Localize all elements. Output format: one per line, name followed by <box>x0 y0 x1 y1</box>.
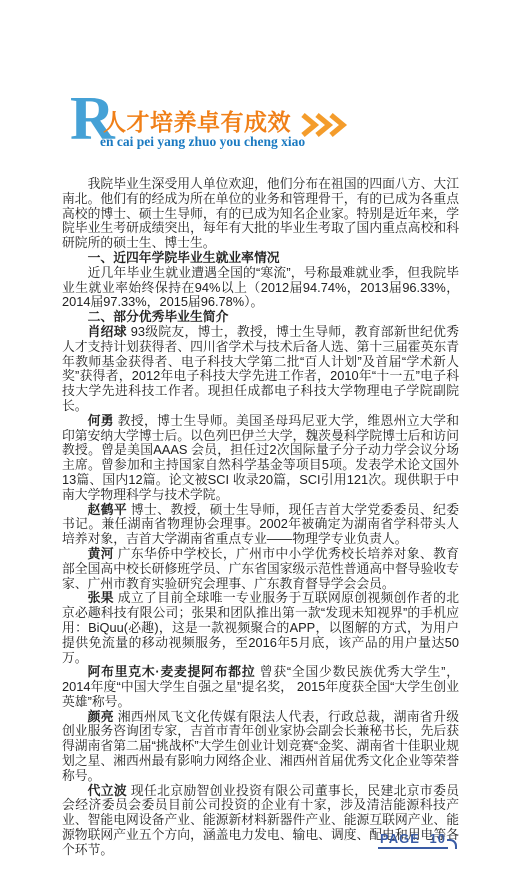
section-heading: 一、近四年学院毕业生就业率情况 <box>62 251 459 266</box>
section-heading: 二、部分优秀毕业生简介 <box>62 310 459 325</box>
page-number-label: PAGE 10 <box>378 831 448 849</box>
footer-hook-decoration <box>447 839 457 849</box>
body-paragraph: 近几年毕业生就业遭遇全国的“寒流”，号称最难就业季，但我院毕业生就业率始终保持在… <box>62 266 459 310</box>
graduate-name: 肖绍球 <box>88 324 127 339</box>
graduate-name: 赵鹤平 <box>88 502 127 517</box>
graduate-name: 阿布里克木·麦麦提阿布都拉 <box>88 664 256 679</box>
profile-paragraph: 颜亮 湘西州凤飞文化传媒有限法人代表，行政总裁，湖南省升级创业服务咨询团专家，吉… <box>62 710 459 784</box>
profile-paragraph: 阿布里克木·麦麦提阿布都拉 曾获“全国少数民族优秀大学生”，2014年度“中国大… <box>62 665 459 709</box>
triple-chevron-icon <box>300 112 350 143</box>
profile-paragraph: 赵鹤平 博士、教授，硕士生导师，现任吉首大学党委委员、纪委书记。兼任湖南省物理协… <box>62 503 459 547</box>
graduate-name: 张果 <box>88 590 114 605</box>
graduate-name: 黄河 <box>88 546 114 561</box>
graduate-name: 代立波 <box>88 783 127 798</box>
body-paragraph: 我院毕业生深受用人单位欢迎，他们分布在祖国的四面八方、大江南北。他们有的经成为所… <box>62 177 459 251</box>
profile-paragraph: 何勇 教授，博士生导师。美国圣母玛尼亚大学，维恩州立大学和印第安纳大学博士后。以… <box>62 414 459 503</box>
profile-paragraph: 张果 成立了目前全球唯一专业服务于互联网原创视频创作者的北京必趣科技有限公司；张… <box>62 591 459 665</box>
page-title-pinyin: en cai pei yang zhuo you cheng xiao <box>100 134 305 150</box>
document-page: R 人才培养卓有成效 en cai pei yang zhuo you chen… <box>0 0 519 894</box>
page-header: R 人才培养卓有成效 en cai pei yang zhuo you chen… <box>72 96 452 160</box>
page-title: 人才培养卓有成效 <box>103 104 291 137</box>
body-paragraphs: 我院毕业生深受用人单位欢迎，他们分布在祖国的四面八方、大江南北。他们有的经成为所… <box>62 177 459 858</box>
profile-paragraph: 黄河 广东华侨中学校长，广州市中小学优秀校长培养对象、教育部全国高中校长研修班学… <box>62 547 459 591</box>
profile-paragraph: 肖绍球 93级院友，博士，教授，博士生导师，教育部新世纪优秀人才支持计划获得者、… <box>62 325 459 414</box>
page-footer: PAGE 10 <box>378 830 457 854</box>
graduate-name: 何勇 <box>88 413 114 428</box>
graduate-name: 颜亮 <box>88 709 114 724</box>
